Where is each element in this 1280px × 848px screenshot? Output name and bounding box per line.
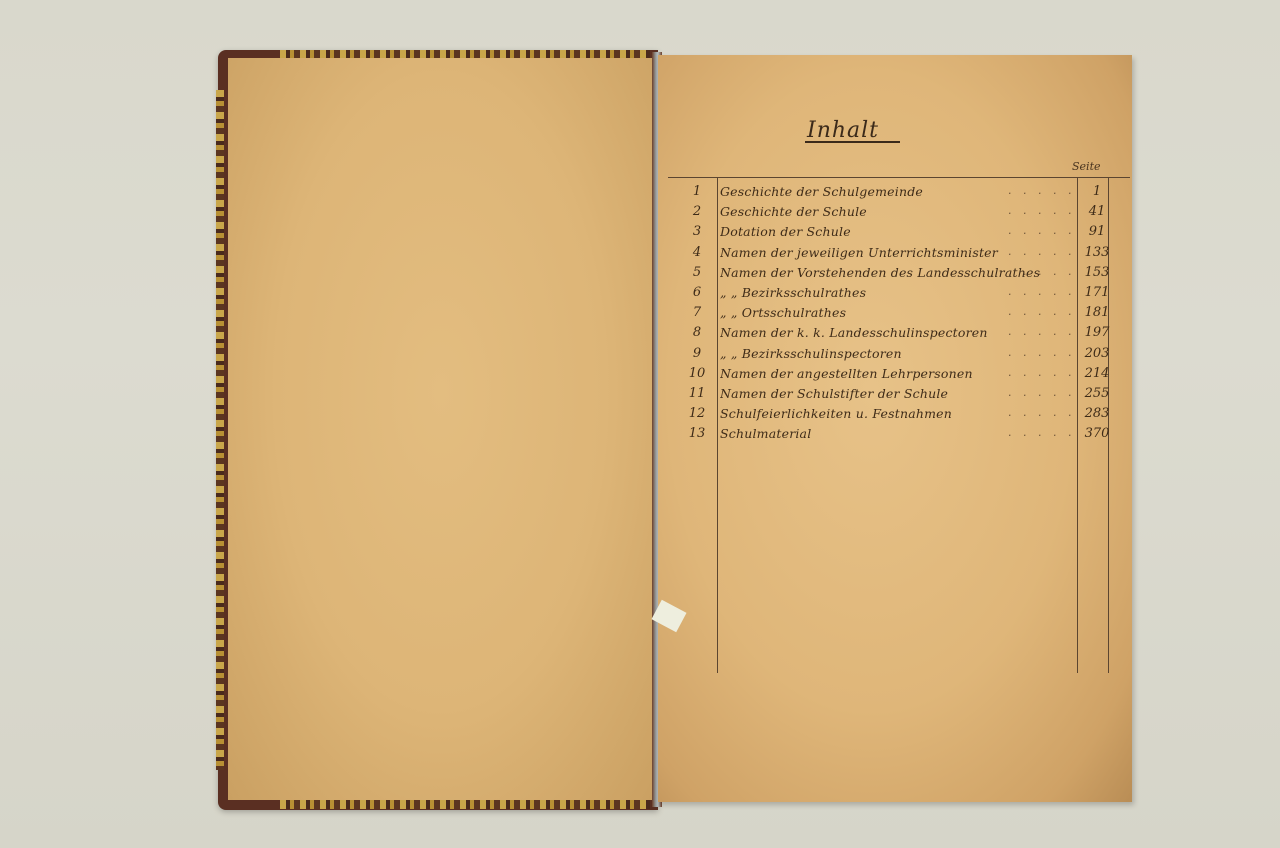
toc-entry: 3Dotation der Schule. . . . . . . . . .9… [668, 224, 1118, 244]
entry-title: Schulmaterial [720, 426, 1050, 441]
title-underline [805, 141, 900, 143]
entry-page: 91 [1080, 224, 1114, 239]
toc-entry: 8Namen der k. k. Landesschulinspectoren.… [668, 325, 1118, 345]
entry-title: „ „ Ortsschulrathes [720, 305, 1050, 320]
entry-title: Namen der Schulstifter der Schule [720, 386, 1050, 401]
leader-dots: . . . . . . . . . . [1008, 366, 1074, 379]
toc-entry: 5Namen der Vorstehenden des Landesschulr… [668, 265, 1118, 285]
page-column-header: Seite [1072, 160, 1101, 173]
leader-dots: . . . . . . . . . . [1008, 386, 1074, 399]
toc-entry: 6„ „ Bezirksschulrathes. . . . . . . . .… [668, 285, 1118, 305]
leader-dots: . . . . . . . . . . [1008, 305, 1074, 318]
toc-entry: 1Geschichte der Schulgemeinde. . . . . .… [668, 184, 1118, 204]
marbled-edge-left [216, 90, 224, 770]
entry-number: 10 [686, 366, 708, 381]
entry-title: „ „ Bezirksschulrathes [720, 285, 1050, 300]
toc-entry: 9„ „ Bezirksschulinspectoren. . . . . . … [668, 346, 1118, 366]
entry-number: 3 [686, 224, 708, 239]
toc-entry: 2Geschichte der Schule. . . . . . . . . … [668, 204, 1118, 224]
marbled-edge-bottom [280, 800, 650, 809]
leader-dots: . . . . . . . . . . [1008, 346, 1074, 359]
leader-dots: . . . . . . . . . . [1008, 184, 1074, 197]
entry-page: 181 [1080, 305, 1114, 320]
entry-title: Namen der jeweiligen Unterrichtsminister [720, 245, 1050, 260]
leader-dots: . . . . . . . . . . [1008, 285, 1074, 298]
entry-page: 1 [1080, 184, 1114, 199]
leader-dots: . . . . . . . . . . [1008, 406, 1074, 419]
entry-title: Namen der angestellten Lehrpersonen [720, 366, 1050, 381]
entry-title: Schulfeierlichkeiten u. Festnahmen [720, 406, 1050, 421]
left-endpaper [228, 58, 654, 800]
entry-title: Geschichte der Schule [720, 204, 1050, 219]
entry-number: 8 [686, 325, 708, 340]
entry-page: 283 [1080, 406, 1114, 421]
entry-number: 9 [686, 346, 708, 361]
entry-page: 133 [1080, 245, 1114, 260]
entry-number: 2 [686, 204, 708, 219]
entry-page: 214 [1080, 366, 1114, 381]
leader-dots: . . . . . . . . . . [1008, 325, 1074, 338]
entry-page: 255 [1080, 386, 1114, 401]
entry-number: 1 [686, 184, 708, 199]
toc-entry: 10Namen der angestellten Lehrpersonen. .… [668, 366, 1118, 386]
leader-dots: . . . . . . . . . . [1008, 245, 1074, 258]
entry-page: 197 [1080, 325, 1114, 340]
entry-page: 171 [1080, 285, 1114, 300]
leader-dots: . . . . . . . . . . [1008, 224, 1074, 237]
entry-title: „ „ Bezirksschulinspectoren [720, 346, 1050, 361]
entry-number: 13 [686, 426, 708, 441]
header-rule [668, 177, 1130, 178]
toc-entry: 11Namen der Schulstifter der Schule. . .… [668, 386, 1118, 406]
entry-number: 7 [686, 305, 708, 320]
entry-title: Dotation der Schule [720, 224, 1050, 239]
toc-entry: 13Schulmaterial. . . . . . . . . .370 [668, 426, 1118, 446]
entry-title: Geschichte der Schulgemeinde [720, 184, 1050, 199]
toc-entry: 7„ „ Ortsschulrathes. . . . . . . . . .1… [668, 305, 1118, 325]
entry-number: 11 [686, 386, 708, 401]
entry-page: 370 [1080, 426, 1114, 441]
page-title: Inhalt [807, 118, 879, 143]
entry-number: 6 [686, 285, 708, 300]
entry-page: 203 [1080, 346, 1114, 361]
toc-entry: 4Namen der jeweiligen Unterrichtsministe… [668, 245, 1118, 265]
entry-number: 5 [686, 265, 708, 280]
leader-dots: . . . . . . . . . . [1008, 204, 1074, 217]
leader-dots: . . . . . . . . . . [1008, 265, 1074, 278]
entry-number: 12 [686, 406, 708, 421]
entry-title: Namen der k. k. Landesschulinspectoren [720, 325, 1050, 340]
toc-entry: 12Schulfeierlichkeiten u. Festnahmen. . … [668, 406, 1118, 426]
entry-page: 41 [1080, 204, 1114, 219]
entry-page: 153 [1080, 265, 1114, 280]
leader-dots: . . . . . . . . . . [1008, 426, 1074, 439]
entry-number: 4 [686, 245, 708, 260]
entry-title: Namen der Vorstehenden des Landesschulra… [720, 265, 1050, 280]
